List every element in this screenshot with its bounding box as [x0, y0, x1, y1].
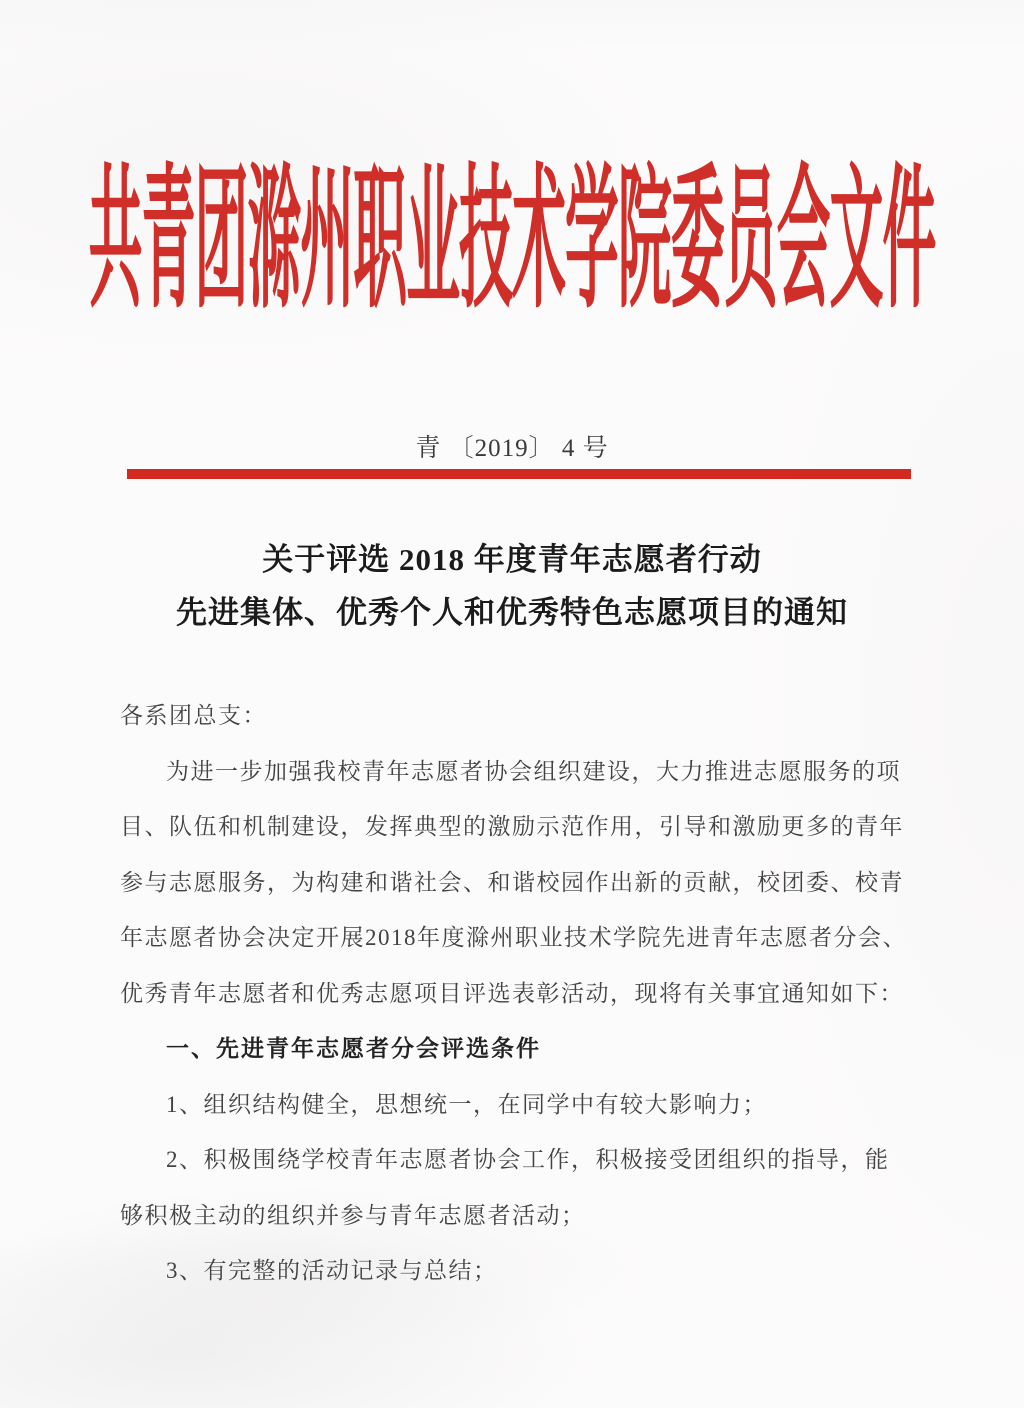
document-title: 关于评选 2018 年度青年志愿者行动 先进集体、优秀个人和优秀特色志愿项目的通… [0, 533, 1024, 639]
body-paragraph1-line3: 参与志愿服务，为构建和谐社会、和谐校园作出新的贡献，校团委、校青 [120, 855, 914, 911]
body-section1-heading: 一、先进青年志愿者分会评选条件 [120, 1021, 914, 1077]
body-item2-line1: 2、积极围绕学校青年志愿者协会工作，积极接受团组织的指导，能 [120, 1132, 914, 1188]
body-paragraph1-line5: 优秀青年志愿者和优秀志愿项目评选表彰活动，现将有关事宜通知如下： [120, 966, 914, 1022]
body-paragraph1-line2: 目、队伍和机制建设，发挥典型的激励示范作用，引导和激励更多的青年 [120, 799, 914, 855]
body-paragraph1-line4: 年志愿者协会决定开展2018年度滁州职业技术学院先进青年志愿者分会、 [120, 910, 914, 966]
issuer-header-text: 共青团滁州职业技术学院委员会文件 [89, 163, 936, 318]
document-body: 各系团总支： 为进一步加强我校青年志愿者协会组织建设，大力推进志愿服务的项 目、… [120, 688, 914, 1299]
issuer-header: 共青团滁州职业技术学院委员会文件 [0, 163, 1024, 323]
body-paragraph1-line1: 为进一步加强我校青年志愿者协会组织建设，大力推进志愿服务的项 [120, 744, 914, 800]
body-salutation: 各系团总支： [120, 688, 914, 744]
body-item3: 3、有完整的活动记录与总结； [120, 1243, 914, 1299]
document-number: 青 〔2019〕 4 号 [0, 428, 1024, 464]
document-title-line2: 先进集体、优秀个人和优秀特色志愿项目的通知 [0, 586, 1024, 639]
red-divider-line [127, 469, 911, 479]
body-item1: 1、组织结构健全，思想统一，在同学中有较大影响力； [120, 1077, 914, 1133]
body-item2-line2: 够积极主动的组织并参与青年志愿者活动； [120, 1188, 914, 1244]
document-title-line1: 关于评选 2018 年度青年志愿者行动 [0, 533, 1024, 586]
